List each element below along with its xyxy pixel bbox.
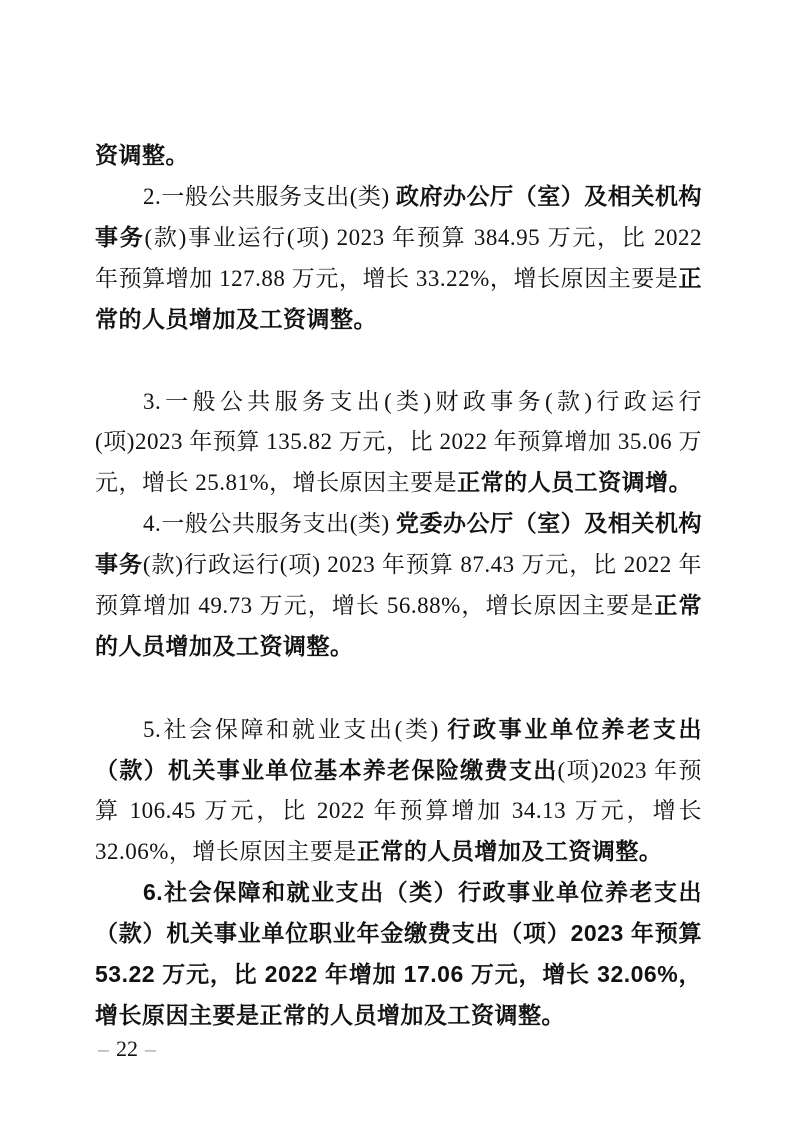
- text-run: 正常的人员增加及工资调整。: [357, 838, 663, 864]
- page-number-dash-right: –: [145, 1036, 156, 1061]
- text-run: 正常的人员工资调增。: [457, 469, 692, 495]
- text-run: 2.一般公共服务支出(类): [143, 184, 396, 209]
- text-run: 资调整。: [95, 142, 189, 168]
- document-page: 资调整。2.一般公共服务支出(类) 政府办公厅（室）及相关机构事务(款)事业运行…: [0, 0, 793, 1122]
- para-6: 6.社会保障和就业支出（类）行政事业单位养老支出（款）机关事业单位职业年金缴费支…: [95, 872, 702, 1036]
- text-run: 4.一般公共服务支出(类): [143, 511, 396, 536]
- text-run: 5.社会保障和就业支出(类): [143, 717, 447, 742]
- para-5: 5.社会保障和就业支出(类) 行政事业单位养老支出（款）机关事业单位基本养老保险…: [95, 709, 702, 872]
- para-4: 4.一般公共服务支出(类) 党委办公厅（室）及相关机构事务(款)行政运行(项) …: [95, 503, 702, 667]
- text-run: 6.社会保障和就业支出（类）行政事业单位养老支出（款）机关事业单位职业年金缴费支…: [95, 879, 702, 1028]
- text-run: (款)行政运行(项) 2023 年预算 87.43 万元，比 2022 年预算增…: [95, 552, 702, 618]
- page-number-dash-left: –: [98, 1036, 109, 1061]
- para-2: 2.一般公共服务支出(类) 政府办公厅（室）及相关机构事务(款)事业运行(项) …: [95, 176, 702, 340]
- para-1-continuation: 资调整。: [95, 135, 702, 176]
- page-number-value: 22: [116, 1036, 138, 1061]
- text-run: (款)事业运行(项) 2023 年预算 384.95 万元，比 2022 年预算…: [95, 225, 702, 291]
- document-body: 资调整。2.一般公共服务支出(类) 政府办公厅（室）及相关机构事务(款)事业运行…: [95, 135, 702, 1036]
- page-number: –22–: [98, 1034, 156, 1064]
- para-3: 3.一般公共服务支出(类)财政事务(款)行政运行(项)2023 年预算 135.…: [95, 382, 702, 503]
